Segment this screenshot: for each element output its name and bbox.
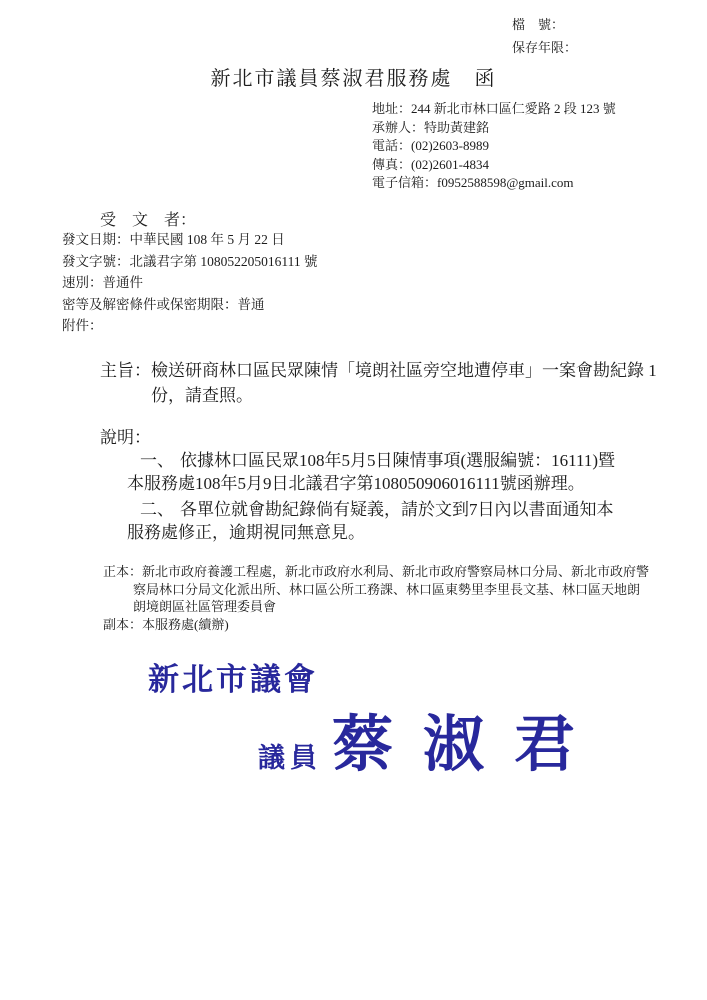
file-info-block: 檔 號： 保存年限： bbox=[512, 13, 577, 59]
sender-fax: 傳真：(02)2601-4834 bbox=[372, 156, 616, 175]
council-name-stamp: 新北市議會 bbox=[148, 654, 318, 699]
copy-recipients-line: 副本：本服務處(續辦) bbox=[103, 616, 651, 634]
explanation-item-1: 一、依據林口區民眾108年5月5日陳情事項(選服編號：16111)暨本服務處10… bbox=[127, 449, 627, 495]
attachment-line: 附件： bbox=[62, 315, 318, 337]
speed-class-line: 速別：普通件 bbox=[62, 272, 318, 294]
original-recipients-line: 正本：新北市政府養護工程處，新北市政府水利局、新北市政府警察局林口分局、新北市政… bbox=[103, 563, 651, 616]
councilor-signature: 議員 蔡淑君 bbox=[258, 712, 605, 779]
distribution-section: 正本：新北市政府養護工程處，新北市政府水利局、新北市政府警察局林口分局、新北市政… bbox=[103, 563, 651, 633]
sender-contact-person: 承辦人：特助黃建銘 bbox=[372, 119, 616, 138]
official-letter-page: 檔 號： 保存年限： 新北市議員蔡淑君服務處 函 地址：244 新北市林口區仁愛… bbox=[0, 0, 707, 1000]
sender-phone: 電話：(02)2603-8989 bbox=[372, 137, 616, 156]
recipient-label: 受 文 者： bbox=[100, 207, 196, 230]
councilor-name-stamp: 蔡淑君 bbox=[332, 712, 605, 779]
subject-text: 檢送研商林口區民眾陳情「境朗社區旁空地遭停車」一案會勘紀錄 1 份，請查照。 bbox=[151, 361, 657, 405]
explanation-section: 說明： 一、依據林口區民眾108年5月5日陳情事項(選服編號：16111)暨本服… bbox=[100, 426, 627, 547]
item-1-number: 一、 bbox=[140, 451, 174, 470]
sender-info-block: 地址：244 新北市林口區仁愛路 2 段 123 號 承辦人：特助黃建銘 電話：… bbox=[372, 100, 616, 193]
explanation-item-2: 二、各單位就會勘紀錄倘有疑義，請於文到7日內以書面通知本服務處修正，逾期視同無意… bbox=[127, 498, 627, 544]
item-2-number: 二、 bbox=[140, 500, 174, 519]
letter-meta-block: 發文日期：中華民國 108 年 5 月 22 日 發文字號：北議君字第 1080… bbox=[62, 229, 318, 337]
councilor-title-stamp: 議員 bbox=[258, 736, 322, 775]
security-class-line: 密等及解密條件或保密期限：普通 bbox=[62, 294, 318, 316]
item-2-text: 各單位就會勘紀錄倘有疑義，請於文到7日內以書面通知本服務處修正，逾期視同無意見。 bbox=[127, 500, 614, 542]
file-no-label: 檔 號： bbox=[512, 13, 577, 36]
doc-number-line: 發文字號：北議君字第 108052205016111 號 bbox=[62, 251, 318, 273]
issue-date-line: 發文日期：中華民國 108 年 5 月 22 日 bbox=[62, 229, 318, 251]
subject-paragraph: 主旨：檢送研商林口區民眾陳情「境朗社區旁空地遭停車」一案會勘紀錄 1 份，請查照… bbox=[100, 358, 673, 408]
explanation-label: 說明： bbox=[100, 426, 627, 449]
sender-address: 地址：244 新北市林口區仁愛路 2 段 123 號 bbox=[372, 100, 616, 119]
sender-email: 電子信箱：f0952588598@gmail.com bbox=[372, 174, 616, 193]
subject-label: 主旨： bbox=[100, 361, 151, 380]
letter-title: 新北市議員蔡淑君服務處 函 bbox=[0, 62, 707, 91]
retention-period-label: 保存年限： bbox=[512, 36, 577, 59]
item-1-text: 依據林口區民眾108年5月5日陳情事項(選服編號：16111)暨本服務處108年… bbox=[127, 451, 615, 493]
